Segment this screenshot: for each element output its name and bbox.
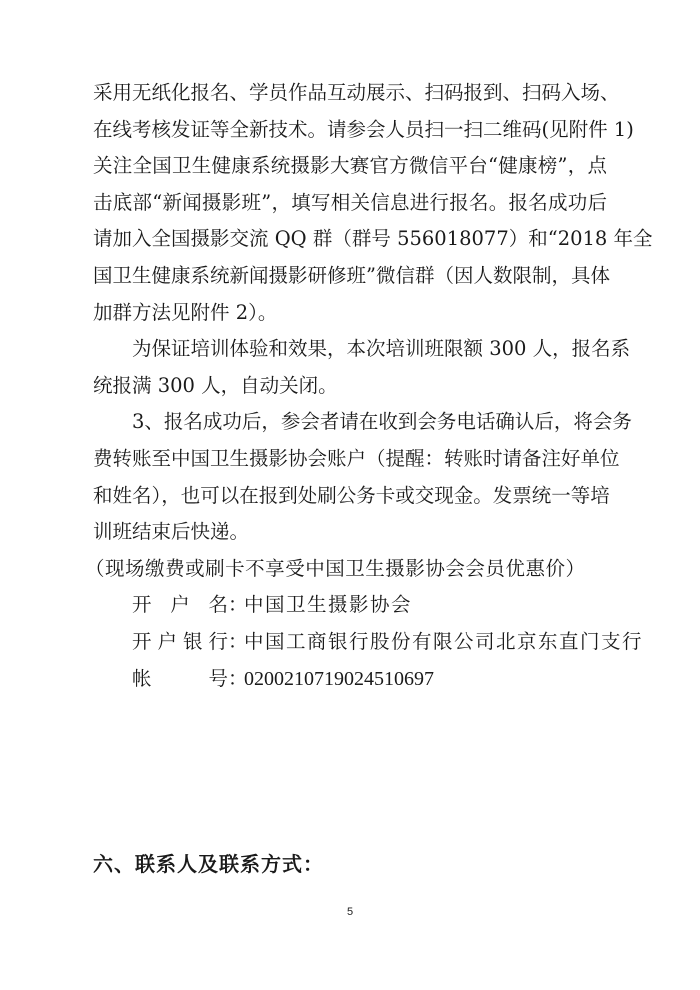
body-line-13: 训班结束后快递。 <box>93 518 607 546</box>
account-name-value: 中国卫生摄影协会 <box>244 591 412 619</box>
body-line-10: 3、报名成功后，参会者请在收到会务电话确认后，将会务 <box>132 408 607 436</box>
document-page: 采用无纸化报名、学员作品互动展示、扫码报到、扫码入场、 在线考核发证等全新技术。… <box>0 0 700 990</box>
body-line-11: 费转账至中国卫生摄影协会账户（提醒：转账时请备注好单位 <box>93 445 607 473</box>
body-line-9: 统报满 300 人，自动关闭。 <box>93 372 607 400</box>
bank-label: 开户银行 <box>132 628 228 656</box>
page-number: 5 <box>343 904 357 920</box>
body-line-12: 和姓名），也可以在报到处刷公务卡或交现金。发票统一等培 <box>93 482 607 510</box>
body-line-8: 为保证培训体验和效果，本次培训班限额 300 人，报名系 <box>132 335 607 363</box>
colon: ： <box>228 628 244 656</box>
body-line-4: 击底部“新闻摄影班”，填写相关信息进行报名。报名成功后 <box>93 189 607 217</box>
body-line-3: 关注全国卫生健康系统摄影大赛官方微信平台“健康榜”，点 <box>93 152 607 180</box>
account-name-row: 开户名 ： 中国卫生摄影协会 <box>132 591 412 619</box>
account-number-row: 帐号 ： 0200210719024510697 <box>132 665 434 693</box>
body-line-7: 加群方法见附件 2）。 <box>93 299 607 327</box>
account-number-value: 0200210719024510697 <box>244 665 434 693</box>
bank-row: 开户银行 ： 中国工商银行股份有限公司北京东直门支行 <box>132 628 643 656</box>
body-line-2: 在线考核发证等全新技术。请参会人员扫一扫二维码(见附件 1) <box>93 116 607 144</box>
account-number-label: 帐号 <box>132 665 228 693</box>
bank-value: 中国工商银行股份有限公司北京东直门支行 <box>244 628 643 656</box>
body-line-1: 采用无纸化报名、学员作品互动展示、扫码报到、扫码入场、 <box>93 79 607 107</box>
account-name-label: 开户名 <box>132 591 228 619</box>
body-line-5: 请加入全国摄影交流 QQ 群（群号 556018077）和“2018 年全 <box>93 225 607 253</box>
section-heading-contacts: 六、联系人及联系方式： <box>93 849 324 879</box>
colon: ： <box>228 591 244 619</box>
body-line-14: （现场缴费或刷卡不享受中国卫生摄影协会会员优惠价） <box>85 555 585 583</box>
colon: ： <box>228 665 244 693</box>
body-line-6: 国卫生健康系统新闻摄影研修班”微信群（因人数限制，具体 <box>93 262 607 290</box>
